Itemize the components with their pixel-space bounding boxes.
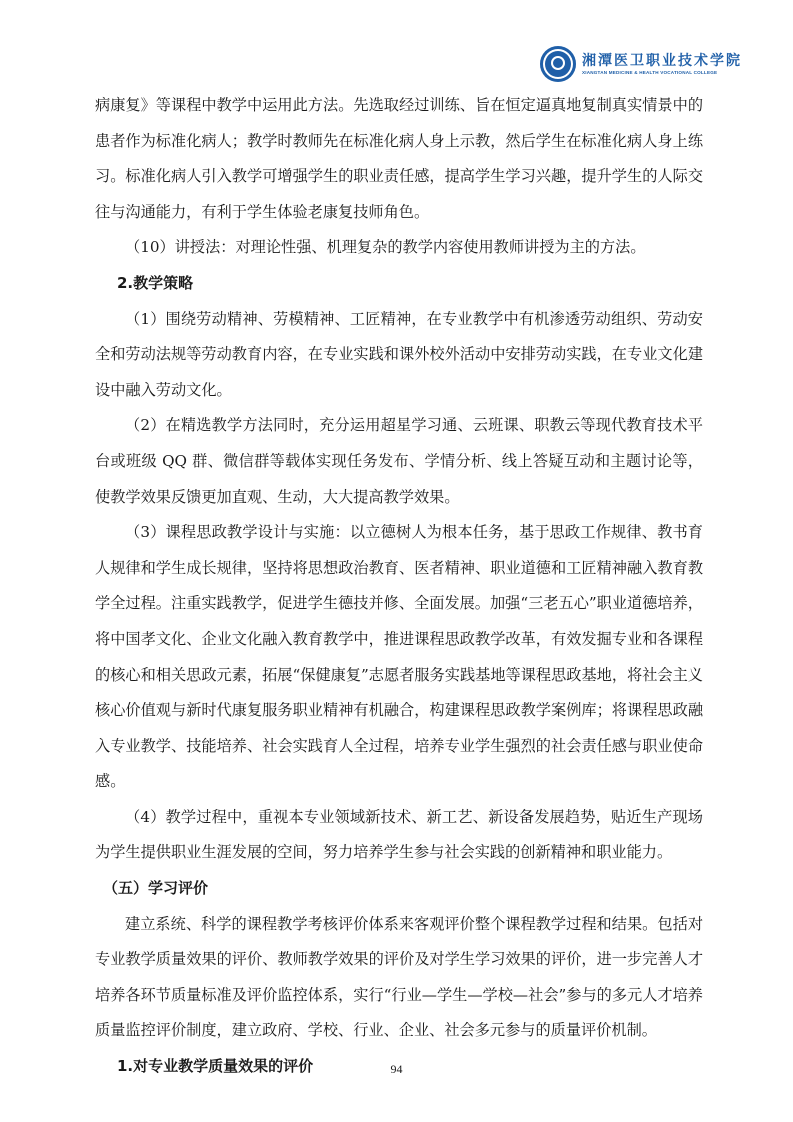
- paragraph-continued: 病康复》等课程中教学中运用此方法。先选取经过训练、旨在恒定逼真地复制真实情景中的…: [95, 88, 703, 230]
- heading-teaching-strategy: 2.教学策略: [95, 266, 703, 302]
- paragraph-strategy-4: （4）教学过程中，重视本专业领域新技术、新工艺、新设备发展趋势，贴近生产现场为学…: [95, 800, 703, 871]
- page-header: 湘潭医卫职业技术学院 XIANGTAN MEDICINE & HEALTH VO…: [540, 44, 742, 84]
- paragraph-lecture-method: （10）讲授法：对理论性强、机理复杂的教学内容使用教师讲授为主的方法。: [95, 230, 703, 266]
- document-body: 病康复》等课程中教学中运用此方法。先选取经过训练、旨在恒定逼真地复制真实情景中的…: [95, 88, 703, 1085]
- college-name-en: XIANGTAN MEDICINE & HEALTH VOCATIONAL CO…: [582, 69, 742, 76]
- paragraph-strategy-3: （3）课程思政教学设计与实施：以立德树人为根本任务，基于思政工作规律、教书育人规…: [95, 515, 703, 800]
- college-name-cn: 湘潭医卫职业技术学院: [582, 53, 742, 69]
- page-number: 94: [0, 1062, 793, 1077]
- paragraph-evaluation-system: 建立系统、科学的课程教学考核评价体系来客观评价整个课程教学过程和结果。包括对专业…: [95, 907, 703, 1049]
- paragraph-strategy-2: （2）在精选教学方法同时，充分运用超星学习通、云班课、职教云等现代教育技术平台或…: [95, 408, 703, 515]
- college-emblem-icon: [540, 46, 576, 82]
- college-logo-text: 湘潭医卫职业技术学院 XIANGTAN MEDICINE & HEALTH VO…: [582, 53, 742, 76]
- heading-learning-evaluation: （五）学习评价: [95, 871, 703, 907]
- paragraph-strategy-1: （1）围绕劳动精神、劳模精神、工匠精神，在专业教学中有机渗透劳动组织、劳动安全和…: [95, 302, 703, 409]
